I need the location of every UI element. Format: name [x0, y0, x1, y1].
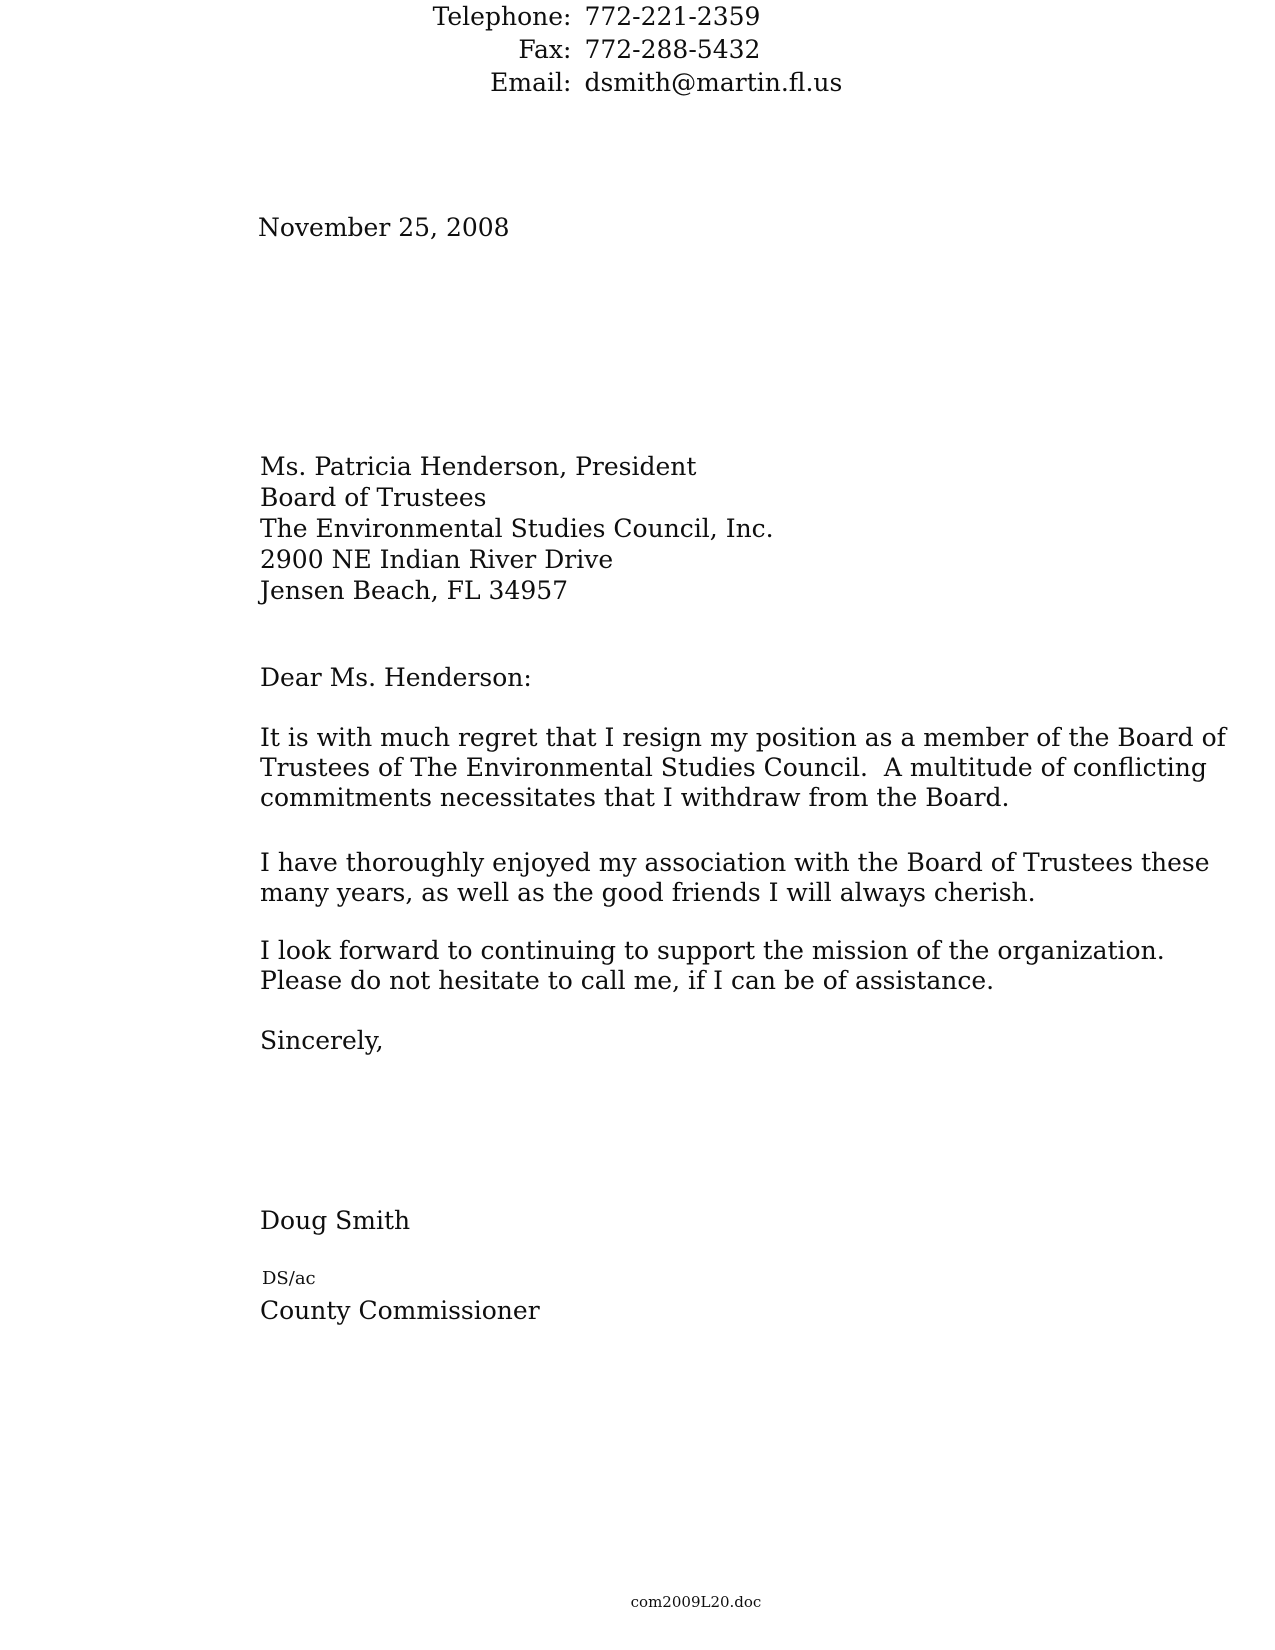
email-value: dsmith@martin.fl.us [584, 66, 1275, 99]
contact-block: Telephone: 772-221-2359 Fax: 772-288-543… [0, 0, 1275, 99]
letter-date: November 25, 2008 [258, 213, 510, 243]
telephone-value: 772-221-2359 [584, 0, 1275, 33]
salutation: Dear Ms. Henderson: [260, 663, 532, 693]
body-paragraph-1: It is with much regret that I resign my … [260, 723, 1226, 813]
footer-filename: com2009L20.doc [596, 1593, 796, 1611]
closing: Sincerely, [260, 1026, 384, 1056]
telephone-label: Telephone: [0, 0, 571, 33]
email-label: Email: [0, 66, 571, 99]
fax-label: Fax: [0, 33, 571, 66]
body-paragraph-2: I have thoroughly enjoyed my association… [260, 848, 1210, 908]
recipient-address: Ms. Patricia Henderson, President Board … [260, 451, 774, 606]
signature-name: Doug Smith [260, 1206, 540, 1236]
body-paragraph-3: I look forward to continuing to support … [260, 936, 1165, 996]
signature-title: County Commissioner [260, 1296, 540, 1326]
letter-page: November 25, 2008 Telephone: 772-221-235… [0, 0, 1275, 1650]
signature-block: Doug Smith County Commissioner [260, 1146, 540, 1386]
fax-value: 772-288-5432 [584, 33, 1275, 66]
reference-initials: DS/ac [262, 1268, 316, 1290]
